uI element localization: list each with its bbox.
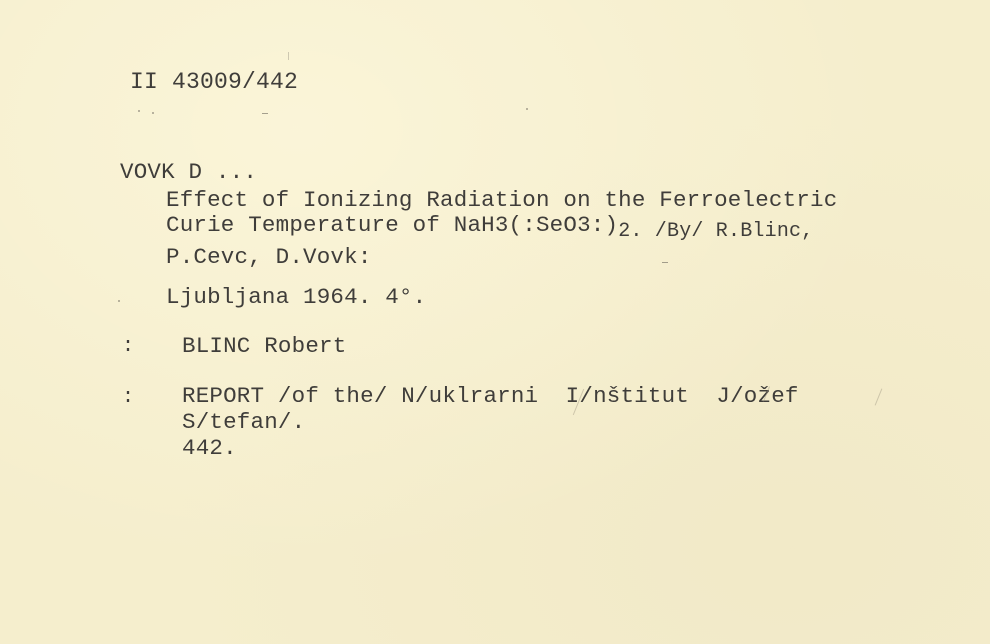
paper-speck [288, 52, 289, 60]
title-line-text: Curie Temperature of NaH3(:SeO3:) [166, 212, 618, 238]
tracing-bullet: : [122, 386, 134, 410]
series-line: 442. [182, 436, 237, 460]
paper-speck [118, 300, 120, 302]
paper-speck [138, 110, 140, 112]
paper-speck [662, 262, 668, 263]
call-number: II 43009/442 [130, 70, 298, 94]
pencil-mark [875, 388, 883, 405]
catalog-card: II 43009/442 VOVK D ... Effect of Ionizi… [0, 0, 990, 644]
title-line: Curie Temperature of NaH3(:SeO3:)2. /By/… [166, 213, 813, 239]
paper-speck [526, 108, 528, 110]
series-line: REPORT /of the/ N/uklrarni I/nštitut J/o… [182, 384, 799, 408]
title-line: P.Cevc, D.Vovk: [166, 245, 372, 269]
paper-speck [262, 113, 268, 114]
tracing-bullet: : [122, 335, 134, 359]
series-line: S/tefan/. [182, 410, 305, 434]
paper-speck [152, 112, 154, 114]
main-entry-author: VOVK D ... [120, 160, 257, 184]
subscript-text: 2. /By/ R.Blinc, [618, 220, 813, 243]
imprint: Ljubljana 1964. 4°. [166, 285, 426, 309]
title-line: Effect of Ionizing Radiation on the Ferr… [166, 188, 837, 212]
added-entry: BLINC Robert [182, 334, 346, 358]
